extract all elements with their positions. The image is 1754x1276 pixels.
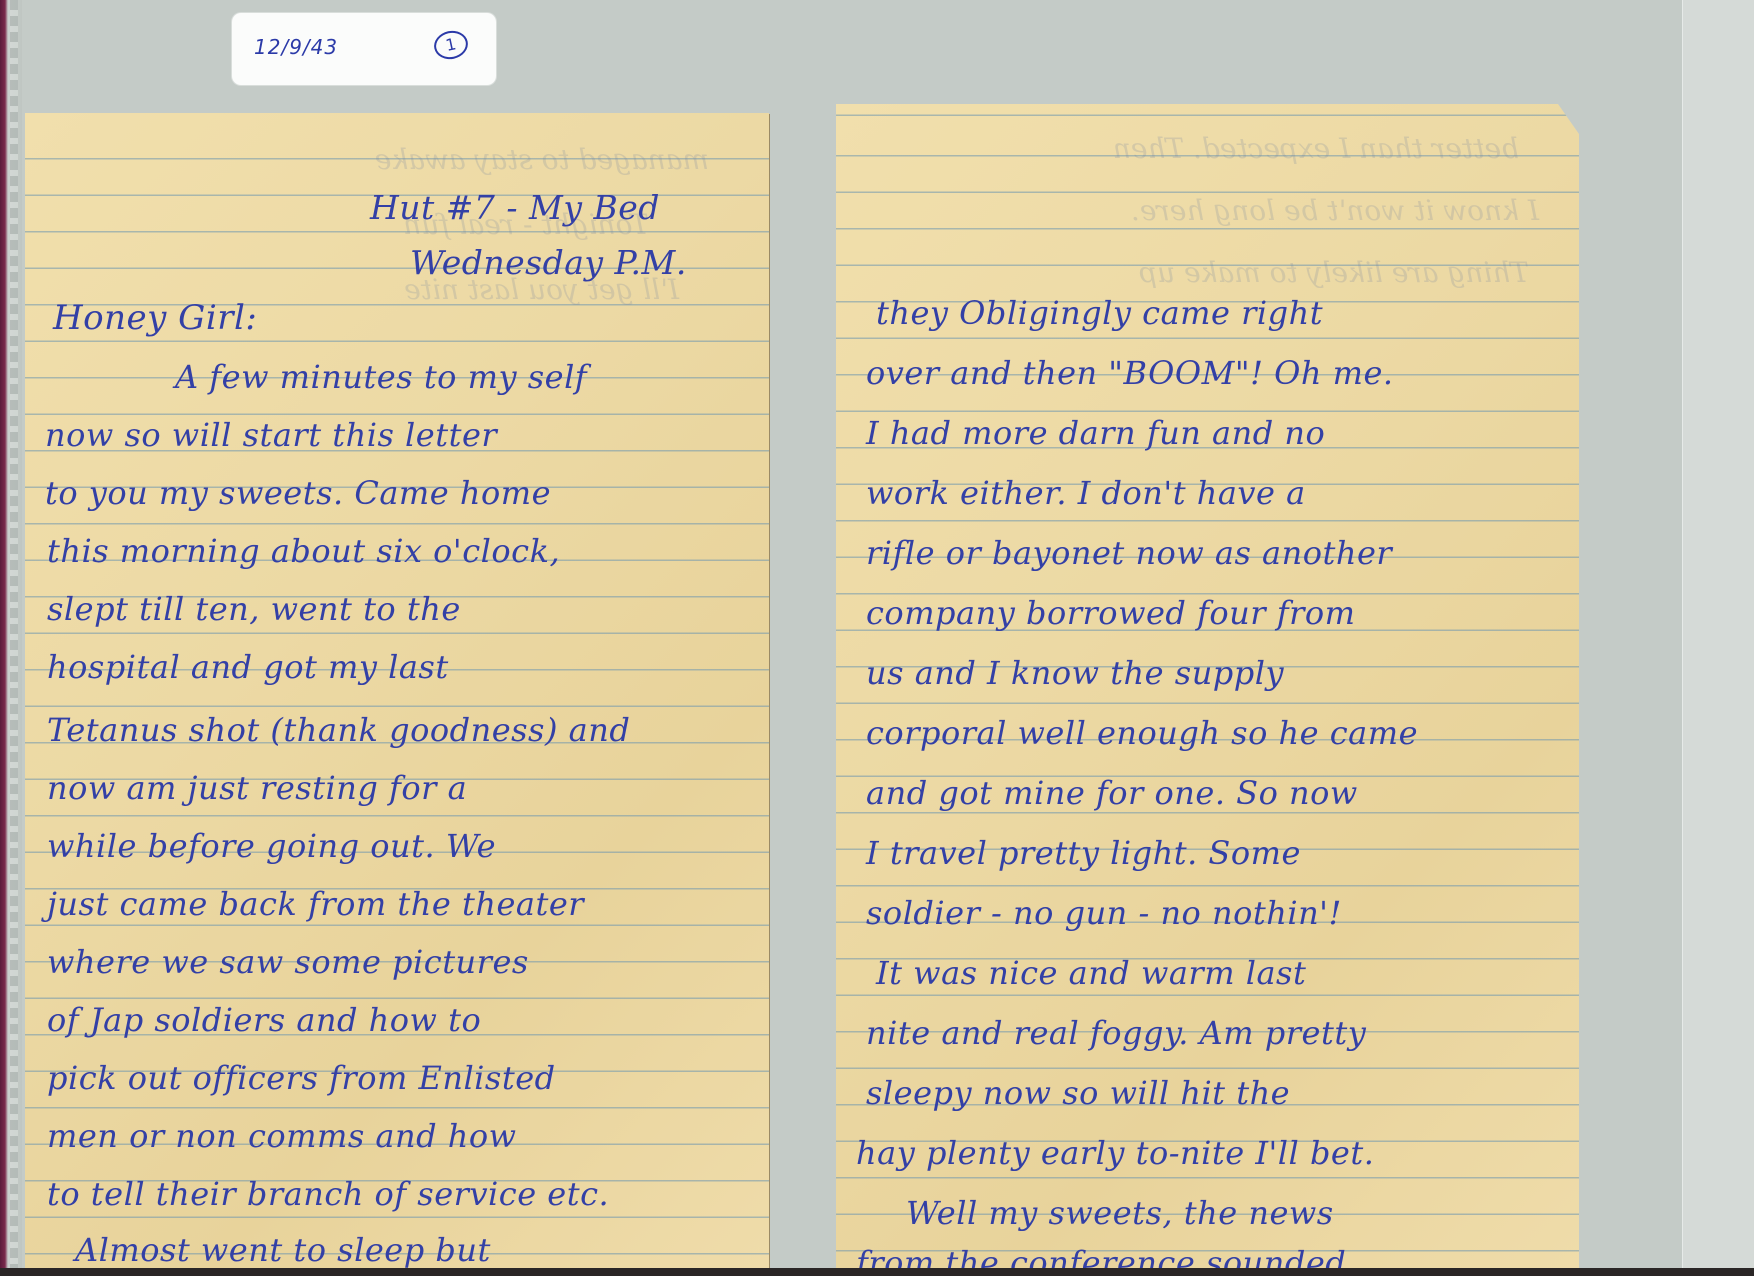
sleeve-margin	[1682, 0, 1754, 1276]
letter-line: they Obligingly came right	[876, 294, 1323, 332]
letter-line: I travel pretty light. Some	[866, 834, 1301, 872]
letter-line: of Jap soldiers and how to	[47, 1001, 481, 1039]
letter-line: soldier - no gun - no nothin'!	[866, 894, 1342, 932]
letter-line: It was nice and warm last	[876, 954, 1306, 992]
letter-line: Almost went to sleep but	[75, 1231, 491, 1269]
letter-line: A few minutes to my self	[175, 358, 587, 396]
scanner-edge	[0, 1268, 1754, 1276]
letter-line: to you my sweets. Came home	[45, 474, 551, 512]
letter-page-left: managed to stay awake Tonight - real fun…	[25, 113, 769, 1276]
letter-line: slept till ten, went to the	[47, 590, 461, 628]
letter-line: corporal well enough so he came	[866, 714, 1418, 752]
binder-perforation	[10, 0, 18, 1276]
letter-line: just came back from the theater	[47, 885, 584, 923]
letter-line: nite and real foggy. Am pretty	[866, 1014, 1366, 1052]
letter-line: now so will start this letter	[45, 416, 497, 454]
archive-label-card: 12/9/43 1	[232, 13, 496, 85]
letter-line: us and I know the supply	[866, 654, 1284, 692]
letter-page-right: better than I expected. Then I know it w…	[836, 104, 1579, 1276]
letter-line: this morning about six o'clock,	[47, 532, 560, 570]
letter-line: I had more darn fun and no	[866, 414, 1325, 452]
letter-day: Wednesday P.M.	[410, 243, 687, 282]
letter-location: Hut #7 - My Bed	[370, 188, 660, 227]
letter-line: Tetanus shot (thank goodness) and	[47, 711, 630, 749]
label-date: 12/9/43	[254, 35, 338, 59]
letter-line: company borrowed four from	[866, 594, 1355, 632]
letter-line: and got mine for one. So now	[866, 774, 1358, 812]
letter-line: Well my sweets, the news	[906, 1194, 1334, 1232]
circled-page-number: 1	[431, 28, 470, 62]
letter-line: men or non comms and how	[47, 1117, 517, 1155]
letter-line: sleepy now so will hit the	[866, 1074, 1290, 1112]
letter-line: while before going out. We	[47, 827, 496, 865]
letter-line: where we saw some pictures	[47, 943, 529, 981]
letter-line: work either. I don't have a	[866, 474, 1306, 512]
letter-line: over and then "BOOM"! Oh me.	[866, 354, 1394, 392]
letter-line: pick out officers from Enlisted	[47, 1059, 556, 1097]
letter-line: to tell their branch of service etc.	[47, 1175, 609, 1213]
letter-line: hospital and got my last	[47, 648, 449, 686]
letter-line: rifle or bayonet now as another	[866, 534, 1392, 572]
letter-line: now am just resting for a	[47, 769, 467, 807]
salutation: Honey Girl:	[53, 298, 257, 338]
letter-line: hay plenty early to-nite I'll bet.	[856, 1134, 1374, 1172]
